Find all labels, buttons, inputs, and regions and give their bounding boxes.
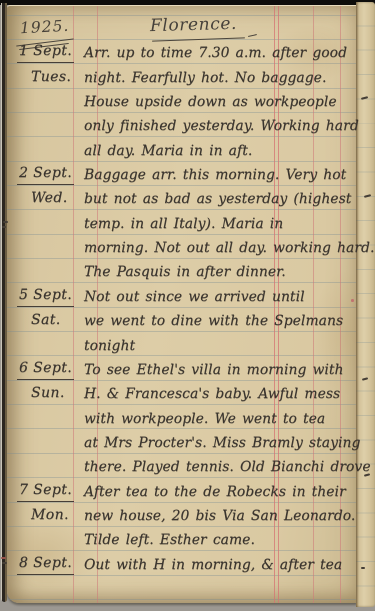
journal-line: Mon.new house, 20 bis Via San Leonardo. xyxy=(7,505,357,525)
ruled-line xyxy=(7,453,357,454)
ruled-line xyxy=(7,161,357,162)
weekday-label: Mon. xyxy=(29,505,71,526)
journal-line: 1 Sept.Arr. up to time 7.30 a.m. after g… xyxy=(7,42,357,62)
title-text: Florence. xyxy=(150,14,237,36)
entry-text: we went to dine with the Spelmans xyxy=(84,311,343,331)
entry-text: night. Fearfully hot. No baggage. xyxy=(84,68,326,88)
journal-line: 5 Sept.Not out since we arrived until xyxy=(7,286,357,306)
red-ink-dot xyxy=(351,299,354,302)
entry-text: all day. Maria in in aft. xyxy=(84,141,252,161)
entry-text: with workpeople. We went to tea xyxy=(84,409,325,429)
journal-line: there. Played tennis. Old Bianchi drove … xyxy=(7,456,357,476)
journal-line: tonight xyxy=(7,335,357,355)
entry-text: morning. Not out all day. working hard. xyxy=(84,238,374,258)
entry-text: To see Ethel's villa in morning with xyxy=(84,360,344,380)
entry-text: H. & Francesca's baby. Awful mess xyxy=(84,384,340,404)
left-edge-mark xyxy=(2,226,6,228)
page-title: Florence. xyxy=(150,14,237,36)
weekday-label: Wed. xyxy=(29,188,70,209)
journal-line: with workpeople. We went to tea xyxy=(7,408,357,428)
ruled-line xyxy=(7,331,357,332)
journal-line: Wed.but not as bad as yesterday (highest xyxy=(7,188,357,208)
ruled-line xyxy=(7,428,357,429)
ruled-line xyxy=(7,136,357,137)
journal-line: The Pasquis in after dinner. xyxy=(7,261,357,281)
entry-text: there. Played tennis. Old Bianchi drove … xyxy=(84,457,375,477)
journal-line: 2 Sept.Baggage arr. this morning. Very h… xyxy=(7,164,357,184)
entry-text: House upside down as workpeople xyxy=(84,92,337,112)
date-label: 2 Sept. xyxy=(17,163,74,185)
date-label: 5 Sept. xyxy=(17,285,74,307)
journal-line: House upside down as workpeople xyxy=(7,91,357,111)
ruled-line xyxy=(7,404,357,405)
entry-text: but not as bad as yesterday (highest xyxy=(84,189,351,209)
ruled-line xyxy=(7,502,357,503)
ruled-line xyxy=(7,575,357,576)
entry-text: temp. in all Italy). Maria in xyxy=(84,214,283,234)
ruled-line xyxy=(7,185,357,186)
ruled-line xyxy=(7,88,357,89)
date-label: 6 Sept. xyxy=(17,358,74,380)
journal-line: Sat.we went to dine with the Spelmans xyxy=(7,310,357,330)
date-label: 7 Sept. xyxy=(17,480,74,502)
entry-text: tonight xyxy=(84,336,135,356)
entry-text: After tea to the de Robecks in their xyxy=(84,482,346,502)
diary-scan: 1925. Florence. 1 Sept.Arr. up to time 7… xyxy=(0,0,375,611)
entry-text: Not out since we arrived until xyxy=(84,287,305,307)
year-heading: 1925. xyxy=(20,17,70,38)
left-edge-mark xyxy=(2,562,7,564)
weekday-label: Tues. xyxy=(29,67,73,88)
right-margin-mark xyxy=(361,567,365,569)
ruled-line xyxy=(7,380,357,381)
journal-line: at Mrs Procter's. Miss Bramly staying xyxy=(7,432,357,452)
entry-text: Baggage arr. this morning. Very hot xyxy=(84,165,346,185)
ruled-line xyxy=(7,599,357,600)
date-label: 1 Sept. xyxy=(17,41,74,63)
journal-line: Sun.H. & Francesca's baby. Awful mess xyxy=(7,383,357,403)
journal-line: temp. in all Italy). Maria in xyxy=(7,213,357,233)
entry-text: only finished yesterday. Working hard xyxy=(84,116,359,136)
left-edge-mark xyxy=(1,557,6,559)
entry-text: Tilde left. Esther came. xyxy=(84,530,255,550)
journal-line: 7 Sept.After tea to the de Robecks in th… xyxy=(7,481,357,501)
entry-text: at Mrs Procter's. Miss Bramly staying xyxy=(84,433,360,453)
entry-text: The Pasquis in after dinner. xyxy=(84,262,286,282)
journal-line: all day. Maria in in aft. xyxy=(7,140,357,160)
year-text: 1925. xyxy=(20,17,70,38)
weekday-label: Sat. xyxy=(29,310,63,331)
ruled-line xyxy=(7,258,357,259)
weekday-label: Sun. xyxy=(29,383,67,404)
journal-line: 6 Sept.To see Ethel's villa in morning w… xyxy=(7,359,357,379)
ruled-line xyxy=(7,307,357,308)
left-edge-mark xyxy=(3,221,8,223)
journal-line: only finished yesterday. Working hard xyxy=(7,115,357,135)
ruled-line xyxy=(7,209,357,210)
journal-line: 8 Sept.Out with H in morning, & after te… xyxy=(7,554,357,574)
entry-text: Arr. up to time 7.30 a.m. after good xyxy=(84,43,347,63)
ruled-line xyxy=(7,526,357,527)
entry-text: new house, 20 bis Via San Leonardo. xyxy=(84,506,355,526)
entry-text: Out with H in morning, & after tea xyxy=(84,555,342,575)
ruled-line xyxy=(7,234,357,235)
ruled-line xyxy=(7,550,357,551)
ruled-line xyxy=(7,112,357,113)
ruled-line xyxy=(7,477,357,478)
date-label: 8 Sept. xyxy=(17,553,74,575)
ruled-line xyxy=(7,63,357,64)
journal-line: Tues.night. Fearfully hot. No baggage. xyxy=(7,67,357,87)
ruled-line xyxy=(7,282,357,283)
next-page-edge xyxy=(356,2,375,607)
journal-line: morning. Not out all day. working hard. xyxy=(7,237,357,257)
ruled-line xyxy=(7,355,357,356)
journal-line: Tilde left. Esther came. xyxy=(7,529,357,549)
